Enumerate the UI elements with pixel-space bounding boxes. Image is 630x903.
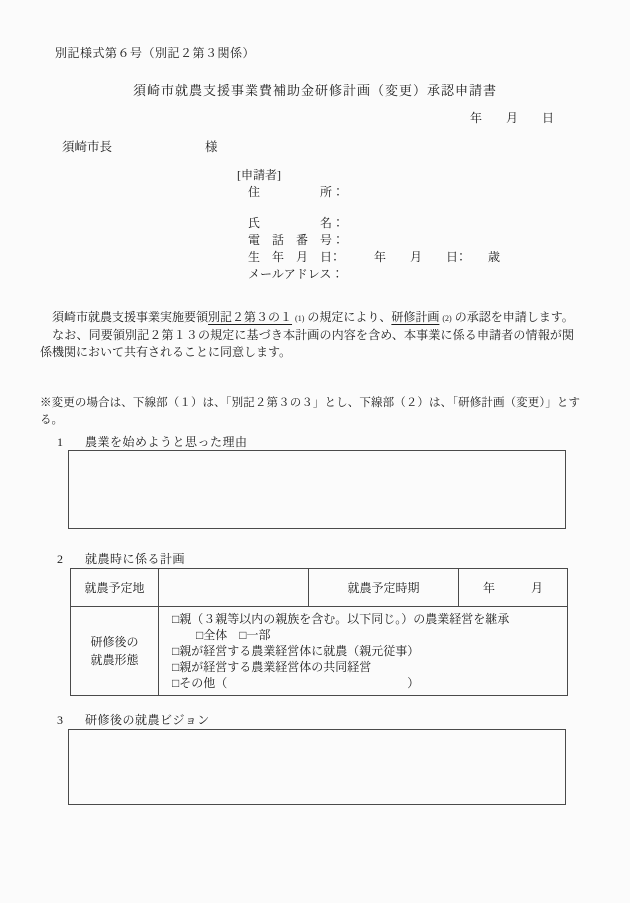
checkbox-whole-or-part[interactable]: □全体 □一部 [172, 627, 561, 643]
checkbox-other[interactable]: □その他（ ） [172, 675, 561, 691]
date-field: 年 月 日 [470, 109, 554, 126]
checkbox-inherit-parent-farm[interactable]: □親（３親等以内の親族を含む。以下同じ。）の農業経営を継承 [172, 611, 561, 627]
farming-style-options-cell: □親（３親等以内の親族を含む。以下同じ。）の農業経営を継承 □全体 □一部 □親… [159, 607, 568, 696]
table-row: 研修後の 就農形態 □親（３親等以内の親族を含む。以下同じ。）の農業経営を継承 … [71, 607, 568, 696]
footnote-marker-2: (2) [442, 314, 451, 323]
planned-location-input-cell[interactable] [159, 569, 309, 607]
statement-paragraph-1: 須崎市就農支援事業実施要領別記２第３の１(1)の規定により、研修計画(2)の承認… [40, 309, 574, 327]
checkbox-join-parent-farm[interactable]: □親が経営する農業経営体に就農（親元従事） [172, 643, 561, 659]
section-1-number: 1 [57, 435, 85, 450]
farming-plan-table: 就農予定地 就農予定時期 年 月 研修後の 就農形態 □親（３親等以内の親族を含… [70, 568, 568, 696]
addressee-honorific: 様 [205, 140, 218, 154]
planned-location-header: 就農予定地 [71, 569, 159, 607]
reason-input-box[interactable] [68, 450, 566, 529]
application-form-page: { "page": { "form_id": "別記様式第６号（別記２第３関係）… [0, 0, 630, 903]
name-field-label: 氏 名： [237, 215, 500, 232]
planned-timing-input-cell[interactable]: 年 月 [459, 569, 568, 607]
statement-text: 須崎市就農支援事業実施要領 [40, 310, 208, 324]
section-1-title: 農業を始めようと思った理由 [85, 435, 248, 449]
birthdate-field-label: 生 年 月 日： 年 月 日： 歳 [237, 249, 500, 266]
address-blank-line [237, 201, 500, 215]
farming-style-header-line1: 研修後の [71, 633, 158, 651]
footnote-marker-1: (1) [295, 314, 304, 323]
statement-paragraph-2: なお、同要領別記２第１３の規定に基づき本計画の内容を含め、本事業に係る申請者の情… [40, 327, 574, 361]
section-3-title: 研修後の就農ビジョン [85, 713, 210, 727]
section-3-number: 3 [57, 713, 85, 728]
section-2-heading: 2就農時に係る計画 [57, 550, 185, 567]
addressee-name: 須崎市長 [62, 137, 205, 155]
page-title: 須崎市就農支援事業費補助金研修計画（変更）承認申請書 [0, 80, 630, 99]
section-2-title: 就農時に係る計画 [85, 552, 185, 566]
address-field-label: 住 所： [237, 184, 500, 201]
planned-timing-header: 就農予定時期 [309, 569, 459, 607]
farming-style-header: 研修後の 就農形態 [71, 607, 159, 696]
section-2-number: 2 [57, 552, 85, 567]
section-3-heading: 3研修後の就農ビジョン [57, 711, 210, 728]
statement-text: の承認を申請します。 [455, 310, 574, 324]
farming-style-header-line2: 就農形態 [71, 651, 158, 669]
underlined-ref-2: 研修計画 [391, 310, 439, 324]
applicant-block: [申請者] 住 所： 氏 名： 電 話 番 号： 生 年 月 日： 年 月 日：… [237, 167, 500, 283]
vision-input-box[interactable] [68, 729, 566, 805]
form-number-label: 別記様式第６号（別記２第３関係） [55, 44, 255, 61]
applicant-header: [申請者] [237, 167, 500, 184]
email-field-label: メールアドレス： [237, 266, 500, 283]
change-note: ※変更の場合は、下線部（１）は、「別記２第３の３」とし、下線部（２）は、「研修計… [40, 395, 580, 428]
application-statement: 須崎市就農支援事業実施要領別記２第３の１(1)の規定により、研修計画(2)の承認… [40, 309, 574, 361]
addressee-line: 須崎市長様 [62, 137, 218, 155]
section-1-heading: 1農業を始めようと思った理由 [57, 433, 248, 450]
statement-text: の規定により、 [307, 310, 391, 324]
underlined-ref-1: 別記２第３の１ [208, 310, 292, 324]
checkbox-joint-management[interactable]: □親が経営する農業経営体の共同経営 [172, 659, 561, 675]
table-row: 就農予定地 就農予定時期 年 月 [71, 569, 568, 607]
phone-field-label: 電 話 番 号： [237, 232, 500, 249]
